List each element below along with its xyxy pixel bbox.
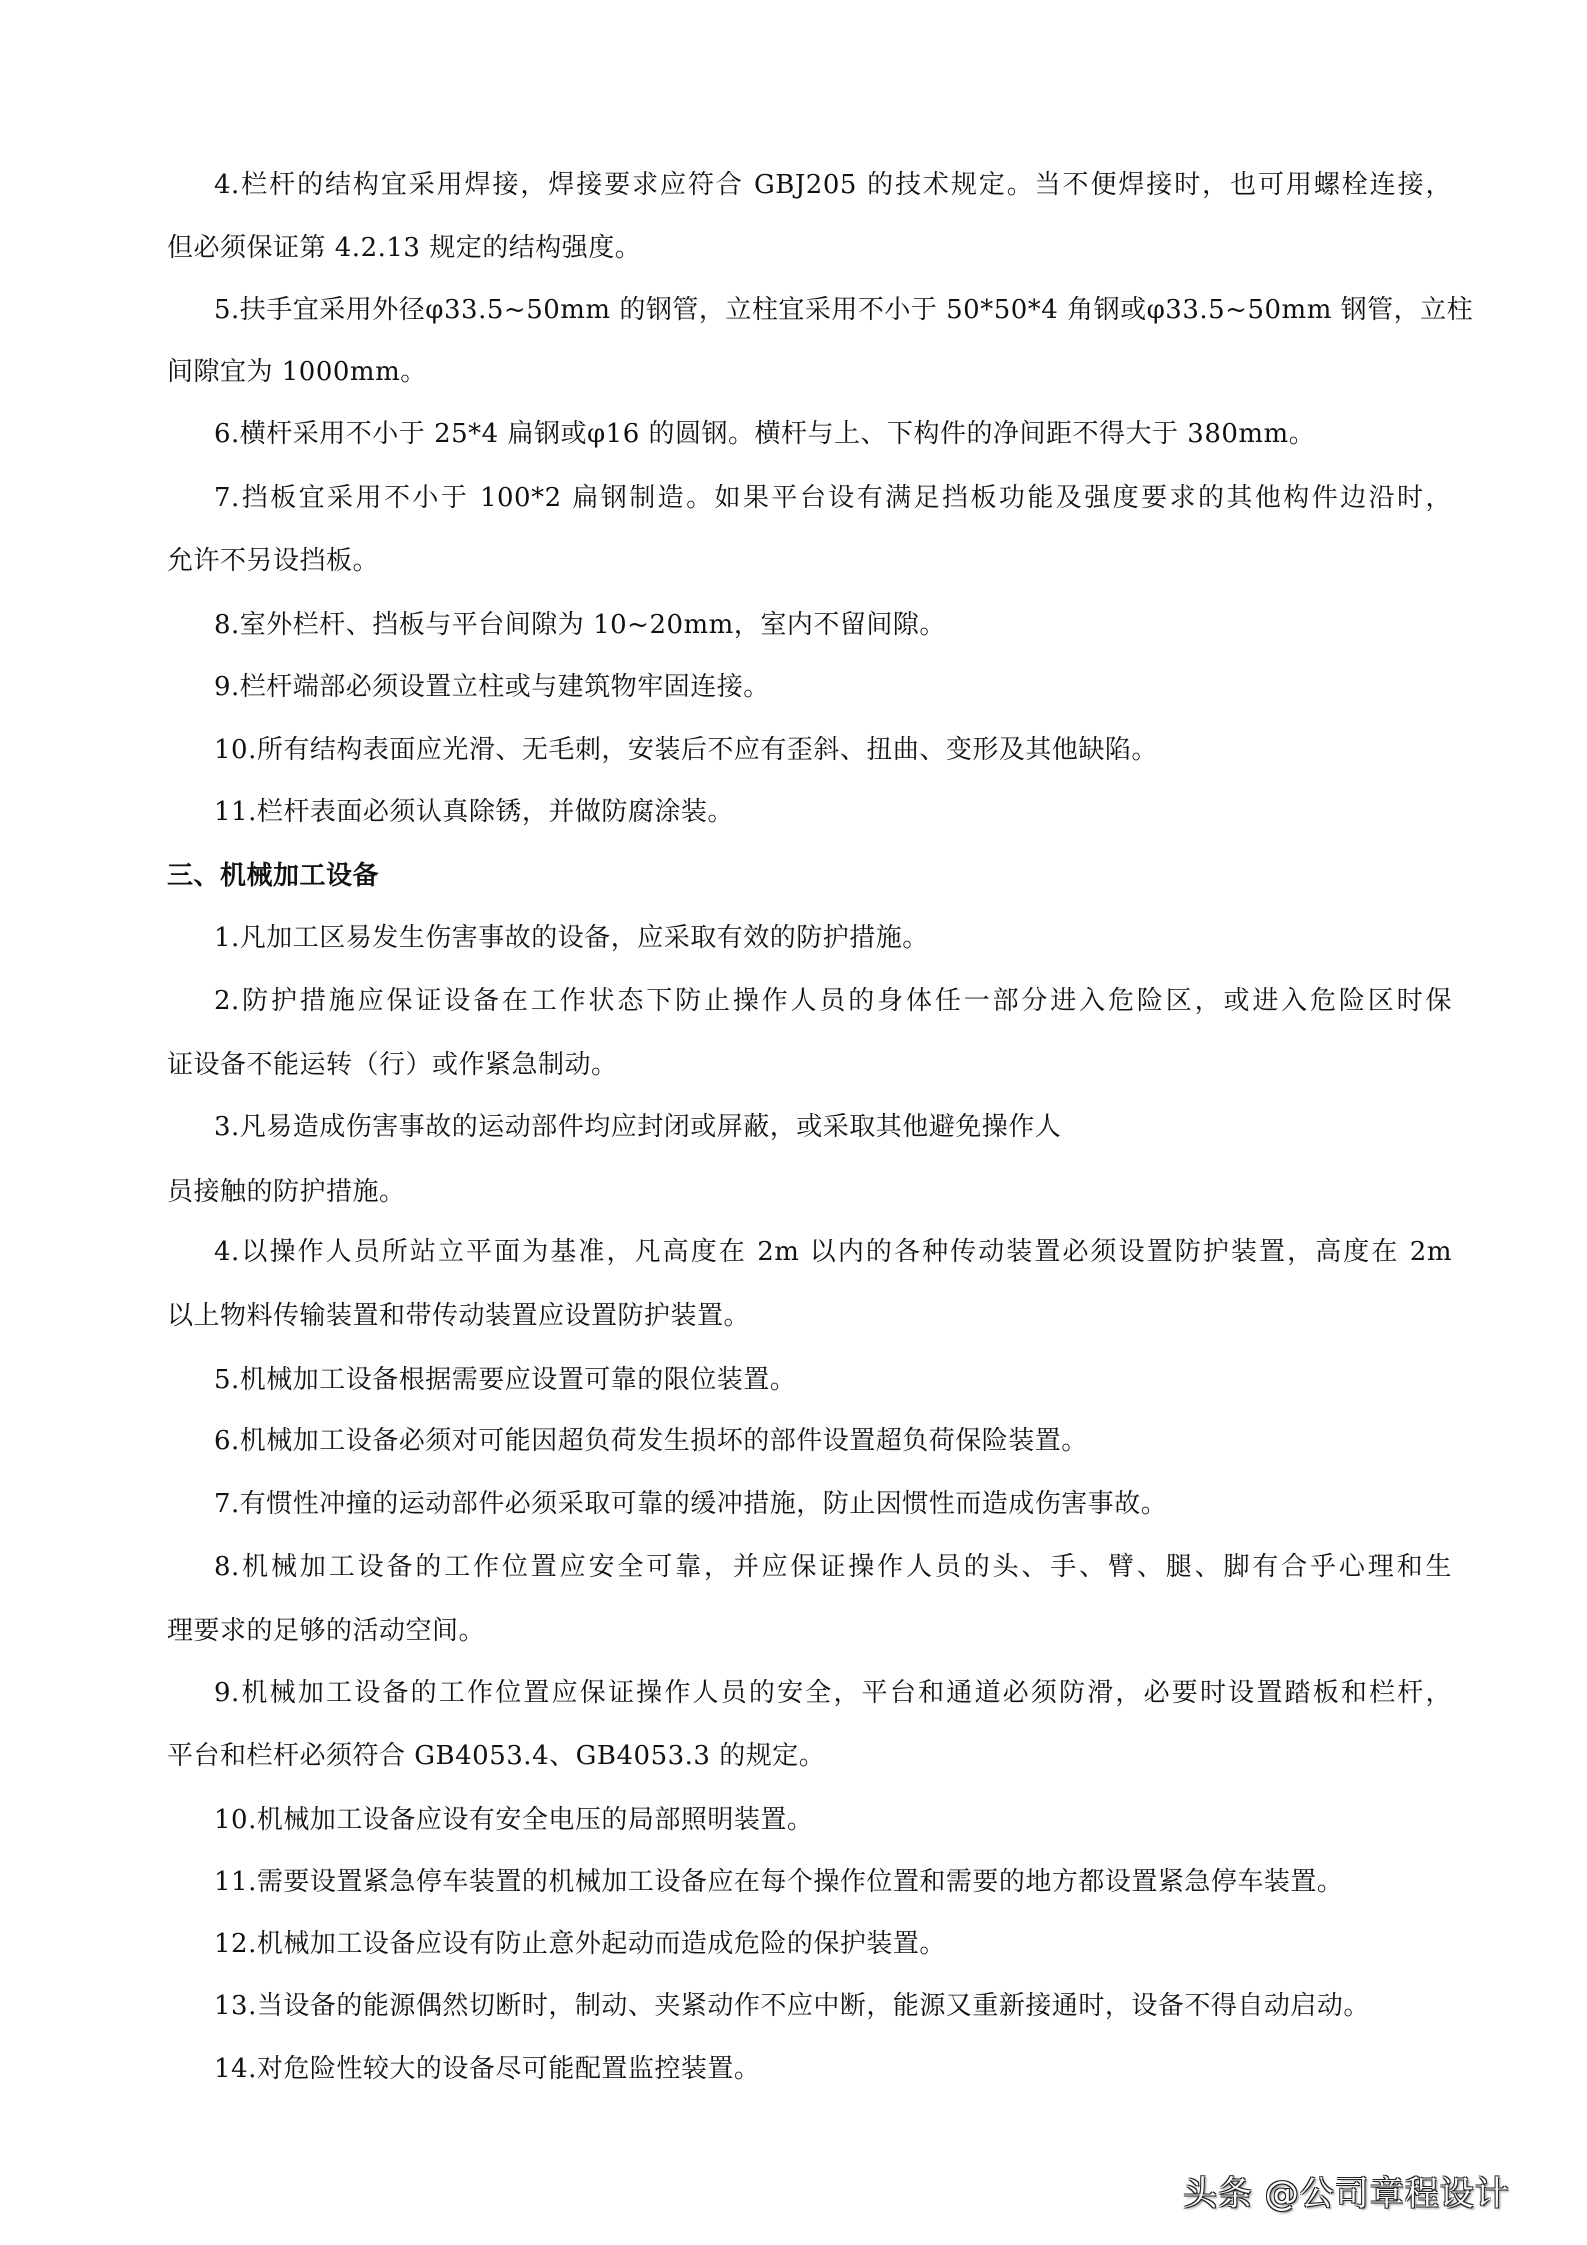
- paragraph-line: 4.栏杆的结构宜采用焊接，焊接要求应符合 GBJ205 的技术规定。当不便焊接时…: [214, 167, 1452, 203]
- paragraph-line: 11.需要设置紧急停车装置的机械加工设备应在每个操作位置和需要的地方都设置紧急停…: [214, 1864, 1343, 1900]
- paragraph-line: 8.室外栏杆、挡板与平台间隙为 10~20mm，室内不留间隙。: [214, 607, 946, 643]
- paragraph-line: 14.对危险性较大的设备尽可能配置监控装置。: [214, 2051, 760, 2087]
- paragraph-line: 10.机械加工设备应设有安全电压的局部照明装置。: [214, 1802, 813, 1838]
- paragraph-line: 允许不另设挡板。: [167, 543, 379, 579]
- paragraph-line: 平台和栏杆必须符合 GB4053.4、GB4053.3 的规定。: [167, 1738, 825, 1774]
- paragraph-line: 6.机械加工设备必须对可能因超负荷发生损坏的部件设置超负荷保险装置。: [214, 1423, 1088, 1459]
- document-page: 4.栏杆的结构宜采用焊接，焊接要求应符合 GBJ205 的技术规定。当不便焊接时…: [0, 0, 1587, 2245]
- paragraph-line: 2.防护措施应保证设备在工作状态下防止操作人员的身体任一部分进入危险区，或进入危…: [214, 983, 1452, 1019]
- paragraph-line: 8.机械加工设备的工作位置应安全可靠，并应保证操作人员的头、手、臂、腿、脚有合乎…: [214, 1549, 1452, 1585]
- watermark: 头条 @公司章程设计: [1183, 2166, 1510, 2215]
- section-heading: 三、机械加工设备: [167, 858, 379, 894]
- paragraph-line: 10.所有结构表面应光滑、无毛刺，安装后不应有歪斜、扭曲、变形及其他缺陷。: [214, 732, 1158, 768]
- paragraph-line: 11.栏杆表面必须认真除锈，并做防腐涂装。: [214, 794, 734, 830]
- paragraph-line: 间隙宜为 1000mm。: [167, 354, 427, 390]
- paragraph-line: 但必须保证第 4.2.13 规定的结构强度。: [167, 230, 641, 266]
- paragraph-line: 7.挡板宜采用不小于 100*2 扁钢制造。如果平台设有满足挡板功能及强度要求的…: [214, 480, 1452, 516]
- paragraph-line: 4.以操作人员所站立平面为基准，凡高度在 2m 以内的各种传动装置必须设置防护装…: [214, 1234, 1452, 1270]
- paragraph-line: 证设备不能运转（行）或作紧急制动。: [167, 1047, 618, 1083]
- paragraph-line: 5.扶手宜采用外径φ33.5~50mm 的钢管，立柱宜采用不小于 50*50*4…: [214, 292, 1452, 328]
- paragraph-line: 5.机械加工设备根据需要应设置可靠的限位装置。: [214, 1362, 796, 1398]
- paragraph-line: 理要求的足够的活动空间。: [167, 1613, 485, 1649]
- paragraph-line: 以上物料传输装置和带传动装置应设置防护装置。: [167, 1298, 750, 1334]
- paragraph-line: 员接触的防护措施。: [167, 1174, 406, 1210]
- paragraph-line: 7.有惯性冲撞的运动部件必须采取可靠的缓冲措施，防止因惯性而造成伤害事故。: [214, 1486, 1167, 1522]
- paragraph-line: 13.当设备的能源偶然切断时，制动、夹紧动作不应中断，能源又重新接通时，设备不得…: [214, 1988, 1370, 2024]
- paragraph-line: 9.机械加工设备的工作位置应保证操作人员的安全，平台和通道必须防滑，必要时设置踏…: [214, 1675, 1452, 1711]
- paragraph-line: 9.栏杆端部必须设置立柱或与建筑物牢固连接。: [214, 669, 770, 705]
- paragraph-line: 3.凡易造成伤害事故的运动部件均应封闭或屏蔽，或采取其他避免操作人: [214, 1109, 1061, 1145]
- paragraph-line: 6.横杆采用不小于 25*4 扁钢或φ16 的圆钢。横杆与上、下构件的净间距不得…: [214, 416, 1315, 452]
- paragraph-line: 12.机械加工设备应设有防止意外起动而造成危险的保护装置。: [214, 1926, 946, 1962]
- paragraph-line: 1.凡加工区易发生伤害事故的设备，应采取有效的防护措施。: [214, 920, 929, 956]
